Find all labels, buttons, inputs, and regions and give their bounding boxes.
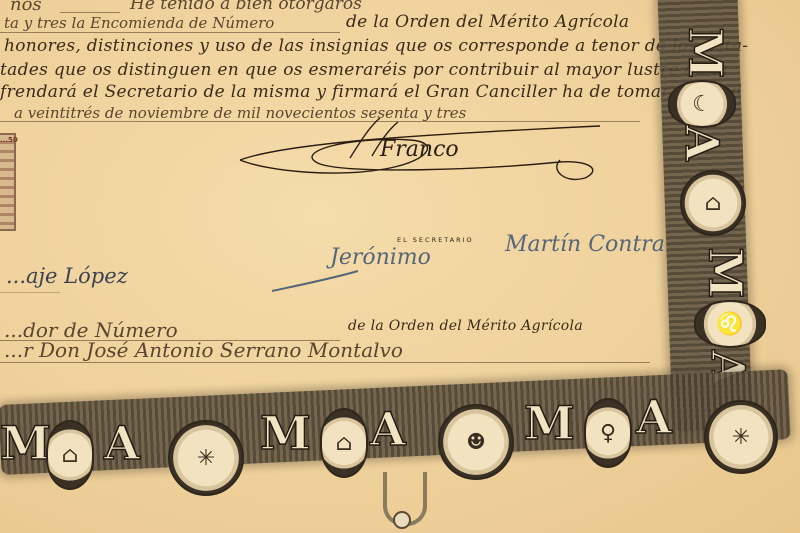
beehive-icon: ⌂ [320, 408, 368, 478]
handwritten-otorgaros: He tenido a bien otorgaros [130, 0, 362, 14]
chain-letter-a: A [104, 420, 140, 466]
lion-icon: ♌ [694, 300, 766, 348]
wheat-sheaf-icon: ✳ [704, 400, 778, 474]
chain-letter-a: A [636, 394, 672, 440]
handwritten-encomienda: ta y tres la Encomienda de Número [4, 14, 274, 32]
beehive-icon: ⌂ [680, 170, 746, 236]
chain-letter-a: A [679, 125, 725, 161]
main-signature-text: Franco [379, 137, 459, 162]
fill-rule [0, 32, 340, 33]
secretario-label: EL SECRETARIO [397, 236, 474, 244]
left-signature: ...aje López [6, 264, 128, 288]
farmer-head-icon: ☻ [438, 404, 514, 480]
fill-rule [60, 12, 120, 13]
printed-orden-register: de la Orden del Mérito Agrícola [348, 318, 583, 334]
secretario-signature-last: Martín Contra [505, 232, 665, 257]
diploma-document: nos He tenido a bien otorgaros ta y tres… [0, 0, 800, 533]
printed-orden-merito-agricola: de la Orden del Mérito Agrícola [346, 12, 629, 32]
wheat-sheaf-icon: ✳ [168, 420, 244, 496]
revenue-stamp [0, 133, 16, 231]
pendant-knob [393, 511, 411, 529]
chain-letter-m: M [0, 420, 51, 466]
moon-stars-icon: ☾ [668, 80, 736, 128]
handwritten-fragment-top: nos [10, 0, 42, 15]
handwritten-recipient-name: ...r Don José Antonio Serrano Montalvo [4, 338, 403, 362]
printed-line-distinguen: tades que os distinguen en que os esmera… [0, 60, 728, 80]
chain-letter-m: M [524, 400, 575, 446]
fill-rule [0, 292, 60, 293]
seated-figure-icon: ♀ [584, 398, 632, 468]
printed-line-refrendara: frendará el Secretario de la misma y fir… [0, 82, 742, 102]
chain-letter-m: M [702, 248, 748, 299]
chain-letter-a: A [370, 406, 406, 452]
fill-rule [0, 362, 650, 363]
stamp-value: ...50 [0, 136, 18, 144]
secretario-signature-first: Jerónimo [330, 245, 431, 270]
chain-letter-m: M [260, 410, 311, 456]
chain-letter-m: M [682, 28, 728, 79]
main-signature-flourish: Franco [230, 112, 610, 192]
printed-line-honores: honores, distinciones y uso de las insig… [4, 36, 748, 56]
beehive-icon: ⌂ [46, 420, 94, 490]
